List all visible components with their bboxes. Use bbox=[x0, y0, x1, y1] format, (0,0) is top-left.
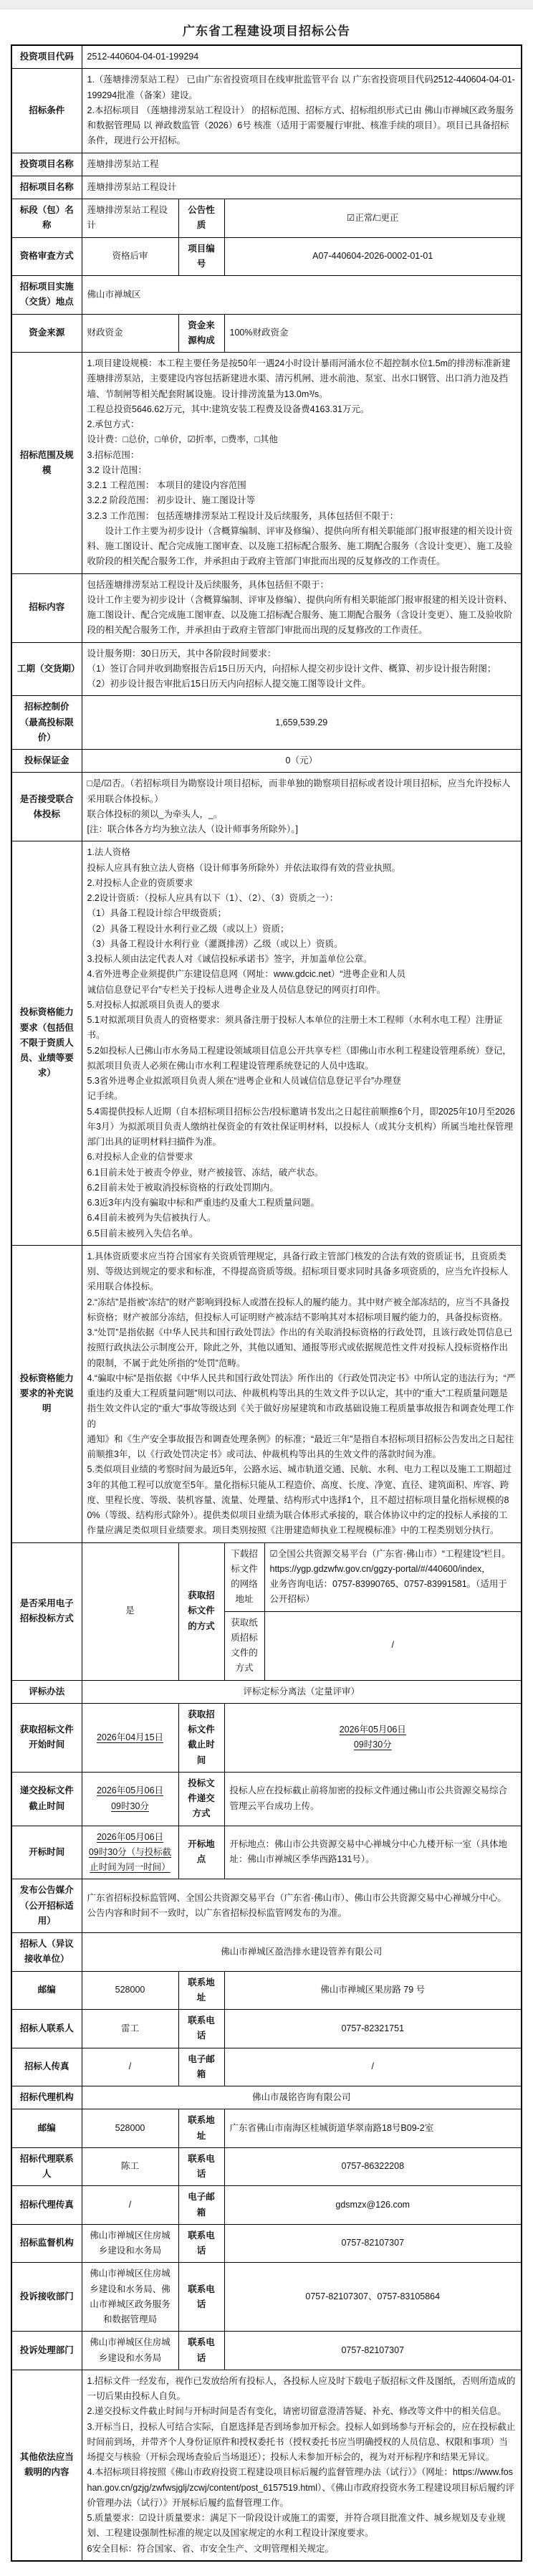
field-label: 投标资格能力要求的补充说明 bbox=[11, 1245, 82, 1542]
table-row: 投标资格能力要求（包括但不限于资质人员、业绩等要求）1.法人资格 投标人应具有独… bbox=[11, 841, 522, 1246]
field-value: 开标地点：佛山市公共资源交易中心禅城分中心九楼开标一室（具体地址：佛山市禅城区季… bbox=[224, 1826, 522, 1879]
field-label: 招标代理联系人 bbox=[11, 2147, 82, 2186]
field-value: 1.法人资格 投标人应具有独立法人资格（设计师事务所除外）并依法取得有效的营业执… bbox=[82, 841, 522, 1246]
field-label: 招标人传真 bbox=[11, 2048, 82, 2086]
top-strip bbox=[0, 0, 533, 9]
field-value: 投标人应在投标截止前将加密的投标文件通过佛山市公共资源交易综合管理云平台成功上传… bbox=[224, 1772, 522, 1826]
field-value: 1.（莲塘排涝泵站工程） 已由广东省投资项目在线审批监管平台 以 广东省投资项目… bbox=[82, 69, 522, 153]
field-value: 雷工 bbox=[82, 2010, 178, 2048]
field-label: 投资项目代码 bbox=[11, 45, 82, 69]
table-row: 其他依法应当载明的内容1.招标文件一经发布，视作已发放给所有投标人，各投标人应及… bbox=[11, 2370, 522, 2561]
field-value: 下载招标文件的网络地址 bbox=[224, 1542, 264, 1611]
field-label: 邮编 bbox=[11, 1971, 82, 2010]
field-label: 招标代理机构 bbox=[11, 2086, 82, 2109]
field-label: 招标人（异议接收单位） bbox=[11, 1933, 82, 1972]
field-value: 2026年04月15日 bbox=[82, 1703, 178, 1772]
field-label: 联系电话 bbox=[178, 2332, 224, 2370]
table-row: 是否接受联合体投标□是/☑否。（若招标项目为勘察设计项目招标，而非单独的勘察项目… bbox=[11, 773, 522, 841]
table-row: 招标人联系人雷工联系电话0757-82321751 bbox=[11, 2010, 522, 2048]
field-value: 0757-82107307 bbox=[224, 2224, 522, 2263]
table-row: 投资项目名称莲塘排涝泵站工程 bbox=[11, 153, 522, 176]
table-row: 发布公告媒介（公开招标适用）广东省招标投标监管网、全国公共资源交易平台（广东省·… bbox=[11, 1879, 522, 1933]
table-row: 邮编528000联系地址佛山市禅城区果房路 79 号 bbox=[11, 1971, 522, 2010]
table-row: 资金来源财政资金资金来源构成100%财政资金 bbox=[11, 314, 522, 353]
field-label: 投标保证金 bbox=[11, 750, 82, 773]
page-title: 广东省工程建设项目招标公告 bbox=[0, 21, 533, 39]
field-label: 联系电话 bbox=[178, 2263, 224, 2332]
announcement-table: 投资项目代码2512-440604-04-01-199294招标条件1.（莲塘排… bbox=[11, 44, 522, 2562]
field-value: A07-440604-2026-0002-01-01 bbox=[224, 237, 522, 276]
field-label: 投资项目名称 bbox=[11, 153, 82, 176]
announcement-table-body: 投资项目代码2512-440604-04-01-199294招标条件1.（莲塘排… bbox=[11, 45, 522, 2561]
field-value: 评标定标分离法（定量评审） bbox=[82, 1680, 522, 1703]
table-row: 招标人（异议接收单位）佛山市禅城区盈浩排水建设管养有限公司 bbox=[11, 1933, 522, 1972]
field-label: 联系电话 bbox=[178, 2147, 224, 2186]
field-label: 电子邮箱 bbox=[178, 2048, 224, 2086]
field-value: □是/☑否。（若招标项目为勘察设计项目招标，而非单独的勘察项目招标或者设计项目招… bbox=[82, 773, 522, 841]
field-value: 1.项目建设规模：本工程主要任务是按50年一遇24小时设计暴雨河涌水位不超控制水… bbox=[82, 353, 522, 574]
field-value: 设计服务期：30日历天，其中各阶段时间要求： （1）签订合同并收到勘察报告后15… bbox=[82, 642, 522, 696]
field-value: gdsmzx@126.com bbox=[224, 2186, 522, 2225]
field-label: 投标资格能力要求（包括但不限于资质人员、业绩等要求） bbox=[11, 841, 82, 1246]
field-label: 其他依法应当载明的内容 bbox=[11, 2370, 82, 2561]
field-value: 0757-82107307 bbox=[224, 2332, 522, 2370]
field-value: 528000 bbox=[82, 1971, 178, 2010]
field-label: 招标条件 bbox=[11, 69, 82, 153]
field-label: 获取招标文件截止时间 bbox=[178, 1703, 224, 1772]
field-value: ☑全国公共资源交易平台（广东省·佛山市）“工程建设”栏目。 https://yg… bbox=[264, 1542, 522, 1611]
field-label: 投诉处理部门 bbox=[11, 2332, 82, 2370]
field-value: 2026年05月06日 09时30分 bbox=[82, 1772, 178, 1826]
field-label: 招标代理传真 bbox=[11, 2186, 82, 2225]
field-label: 发布公告媒介（公开招标适用） bbox=[11, 1879, 82, 1933]
field-value: 1,659,539.29 bbox=[82, 696, 522, 750]
field-value: / bbox=[82, 2186, 178, 2225]
field-value: 2026年05月06日 09时30分（与投标截止时间为同一时间） bbox=[82, 1826, 178, 1879]
table-row: 招标项目实施（交货）地点佛山市禅城区 bbox=[11, 276, 522, 315]
table-row: 开标时间2026年05月06日 09时30分（与投标截止时间为同一时间）开标地点… bbox=[11, 1826, 522, 1879]
field-value: 是 bbox=[82, 1542, 178, 1680]
field-value: 莲塘排涝泵站工程 bbox=[82, 153, 522, 176]
field-value: / bbox=[224, 2048, 522, 2086]
table-row: 资格审查方式资格后审项目编号A07-440604-2026-0002-01-01 bbox=[11, 237, 522, 276]
field-label: 邮编 bbox=[11, 2109, 82, 2148]
field-label: 投诉接收部门 bbox=[11, 2263, 82, 2332]
field-label: 联系电话 bbox=[178, 2224, 224, 2263]
table-row: 招标代理传真/电子邮箱gdsmzx@126.com bbox=[11, 2186, 522, 2225]
field-label: 电子邮箱 bbox=[178, 2186, 224, 2225]
table-row: 评标办法评标定标分离法（定量评审） bbox=[11, 1680, 522, 1703]
table-row: 招标条件1.（莲塘排涝泵站工程） 已由广东省投资项目在线审批监管平台 以 广东省… bbox=[11, 69, 522, 153]
field-value: 广东省招标投标监管网、全国公共资源交易平台（广东省·佛山市）、佛山市公共资源交易… bbox=[82, 1879, 522, 1933]
field-label: 递交投标文件截止时间 bbox=[11, 1772, 82, 1826]
table-row: 招标项目名称莲塘排涝泵站工程设计 bbox=[11, 176, 522, 199]
field-label: 获取招标文件的方式 bbox=[178, 1542, 224, 1680]
field-value: 财政资金 bbox=[82, 314, 178, 353]
field-value: ☑正常/□更正 bbox=[224, 199, 522, 238]
field-value: 资格后审 bbox=[82, 237, 178, 276]
table-row: 投资项目代码2512-440604-04-01-199294 bbox=[11, 45, 522, 69]
field-label: 开标时间 bbox=[11, 1826, 82, 1879]
field-label: 招标内容 bbox=[11, 573, 82, 642]
field-label: 是否接受联合体投标 bbox=[11, 773, 82, 841]
field-label: 标段（包）名称 bbox=[11, 199, 82, 238]
field-value: 0（元） bbox=[82, 750, 522, 773]
announcement-document: 广东省工程建设项目招标公告 投资项目代码2512-440604-04-01-19… bbox=[0, 21, 533, 2562]
field-value: 528000 bbox=[82, 2109, 178, 2148]
field-value: 佛山市禅城区住房城乡建设和水务局、佛山市禅城区政务服务和数据管理局 bbox=[82, 2263, 178, 2332]
table-row: 邮编528000联系地址广东省佛山市南海区桂城街道华翠南路18号B09-2室 bbox=[11, 2109, 522, 2148]
field-label: 招标范围及规模 bbox=[11, 353, 82, 574]
field-label: 联系地址 bbox=[178, 1971, 224, 2010]
field-value: 佛山市禅城区住房城乡建设和水务局 bbox=[82, 2224, 178, 2263]
field-label: 招标控制价（最高投标限价） bbox=[11, 696, 82, 750]
field-label: 公告性质 bbox=[178, 199, 224, 238]
table-row: 获取招标文件开始时间2026年04月15日获取招标文件截止时间2026年05月0… bbox=[11, 1703, 522, 1772]
field-value: 1.具体资质要求应当符合国家有关资质管理规定，具备行政主管部门核发的合法有效的资… bbox=[82, 1245, 522, 1542]
field-label: 工期（交货期） bbox=[11, 642, 82, 696]
field-label: 项目编号 bbox=[178, 237, 224, 276]
field-label: 资金来源 bbox=[11, 314, 82, 353]
table-row: 投诉接收部门佛山市禅城区住房城乡建设和水务局、佛山市禅城区政务服务和数据管理局联… bbox=[11, 2263, 522, 2332]
field-label: 投标文件递交方式 bbox=[178, 1772, 224, 1826]
field-label: 获取招标文件开始时间 bbox=[11, 1703, 82, 1772]
field-value: 莲塘排涝泵站工程设计 bbox=[82, 176, 522, 199]
field-value: 0757-82321751 bbox=[224, 2010, 522, 2048]
field-value: / bbox=[82, 2048, 178, 2086]
table-row: 招标控制价（最高投标限价）1,659,539.29 bbox=[11, 696, 522, 750]
field-value: 佛山市禅城区盈浩排水建设管养有限公司 bbox=[82, 1933, 522, 1972]
table-row: 招标范围及规模1.项目建设规模：本工程主要任务是按50年一遇24小时设计暴雨河涌… bbox=[11, 353, 522, 574]
field-label: 评标办法 bbox=[11, 1680, 82, 1703]
field-label: 联系地址 bbox=[178, 2109, 224, 2148]
field-value: 1.招标文件一经发布，视作已发放给所有投标人，各投标人应及时下载电子版招标文件及… bbox=[82, 2370, 522, 2561]
field-value: / bbox=[264, 1611, 522, 1680]
field-label: 资格审查方式 bbox=[11, 237, 82, 276]
field-value: 0757-82107307、0757-83105864 bbox=[224, 2263, 522, 2332]
table-row: 投标保证金0（元） bbox=[11, 750, 522, 773]
table-row: 投标资格能力要求的补充说明1.具体资质要求应当符合国家有关资质管理规定，具备行政… bbox=[11, 1245, 522, 1542]
field-label: 是否采用电子招标投标方式 bbox=[11, 1542, 82, 1680]
table-row: 招标代理机构佛山市晟铭咨询有限公司 bbox=[11, 2086, 522, 2109]
field-value: 莲塘排涝泵站工程设计 bbox=[82, 199, 178, 238]
field-label: 招标监督机构 bbox=[11, 2224, 82, 2263]
table-row: 是否采用电子招标投标方式是获取招标文件的方式下载招标文件的网络地址☑全国公共资源… bbox=[11, 1542, 522, 1611]
field-label: 联系电话 bbox=[178, 2010, 224, 2048]
field-value: 佛山市禅城区果房路 79 号 bbox=[224, 1971, 522, 2010]
table-row: 招标代理联系人陈工联系电话0757-86322208 bbox=[11, 2147, 522, 2186]
field-label: 招标项目实施（交货）地点 bbox=[11, 276, 82, 315]
field-value: 100%财政资金 bbox=[224, 314, 522, 353]
field-value: 2026年05月06日 09时30分 bbox=[224, 1703, 522, 1772]
field-value: 包括莲塘排涝泵站工程设计及后续服务，具体包括但不限于： 设计工作主要为初步设计（… bbox=[82, 573, 522, 642]
field-value: 广东省佛山市南海区桂城街道华翠南路18号B09-2室 bbox=[224, 2109, 522, 2148]
field-label: 资金来源构成 bbox=[178, 314, 224, 353]
field-value: 2512-440604-04-01-199294 bbox=[82, 45, 522, 69]
field-label: 招标项目名称 bbox=[11, 176, 82, 199]
table-row: 招标监督机构佛山市禅城区住房城乡建设和水务局联系电话0757-82107307 bbox=[11, 2224, 522, 2263]
field-value: 获取纸质招标文件的方式 bbox=[224, 1611, 264, 1680]
table-row: 递交投标文件截止时间2026年05月06日 09时30分投标文件递交方式投标人应… bbox=[11, 1772, 522, 1826]
field-value: 佛山市晟铭咨询有限公司 bbox=[82, 2086, 522, 2109]
field-label: 招标人联系人 bbox=[11, 2010, 82, 2048]
field-value: 佛山市禅城区 bbox=[82, 276, 522, 315]
field-value: 佛山市禅城区住房城乡建设和水务局 bbox=[82, 2332, 178, 2370]
table-row: 招标内容包括莲塘排涝泵站工程设计及后续服务，具体包括但不限于： 设计工作主要为初… bbox=[11, 573, 522, 642]
field-value: 陈工 bbox=[82, 2147, 178, 2186]
table-row: 投诉处理部门佛山市禅城区住房城乡建设和水务局联系电话0757-82107307 bbox=[11, 2332, 522, 2370]
table-row: 招标人传真/电子邮箱/ bbox=[11, 2048, 522, 2086]
table-row: 工期（交货期）设计服务期：30日历天，其中各阶段时间要求： （1）签订合同并收到… bbox=[11, 642, 522, 696]
field-label: 开标地点 bbox=[178, 1826, 224, 1879]
field-value: 0757-86322208 bbox=[224, 2147, 522, 2186]
table-row: 标段（包）名称莲塘排涝泵站工程设计公告性质☑正常/□更正 bbox=[11, 199, 522, 238]
